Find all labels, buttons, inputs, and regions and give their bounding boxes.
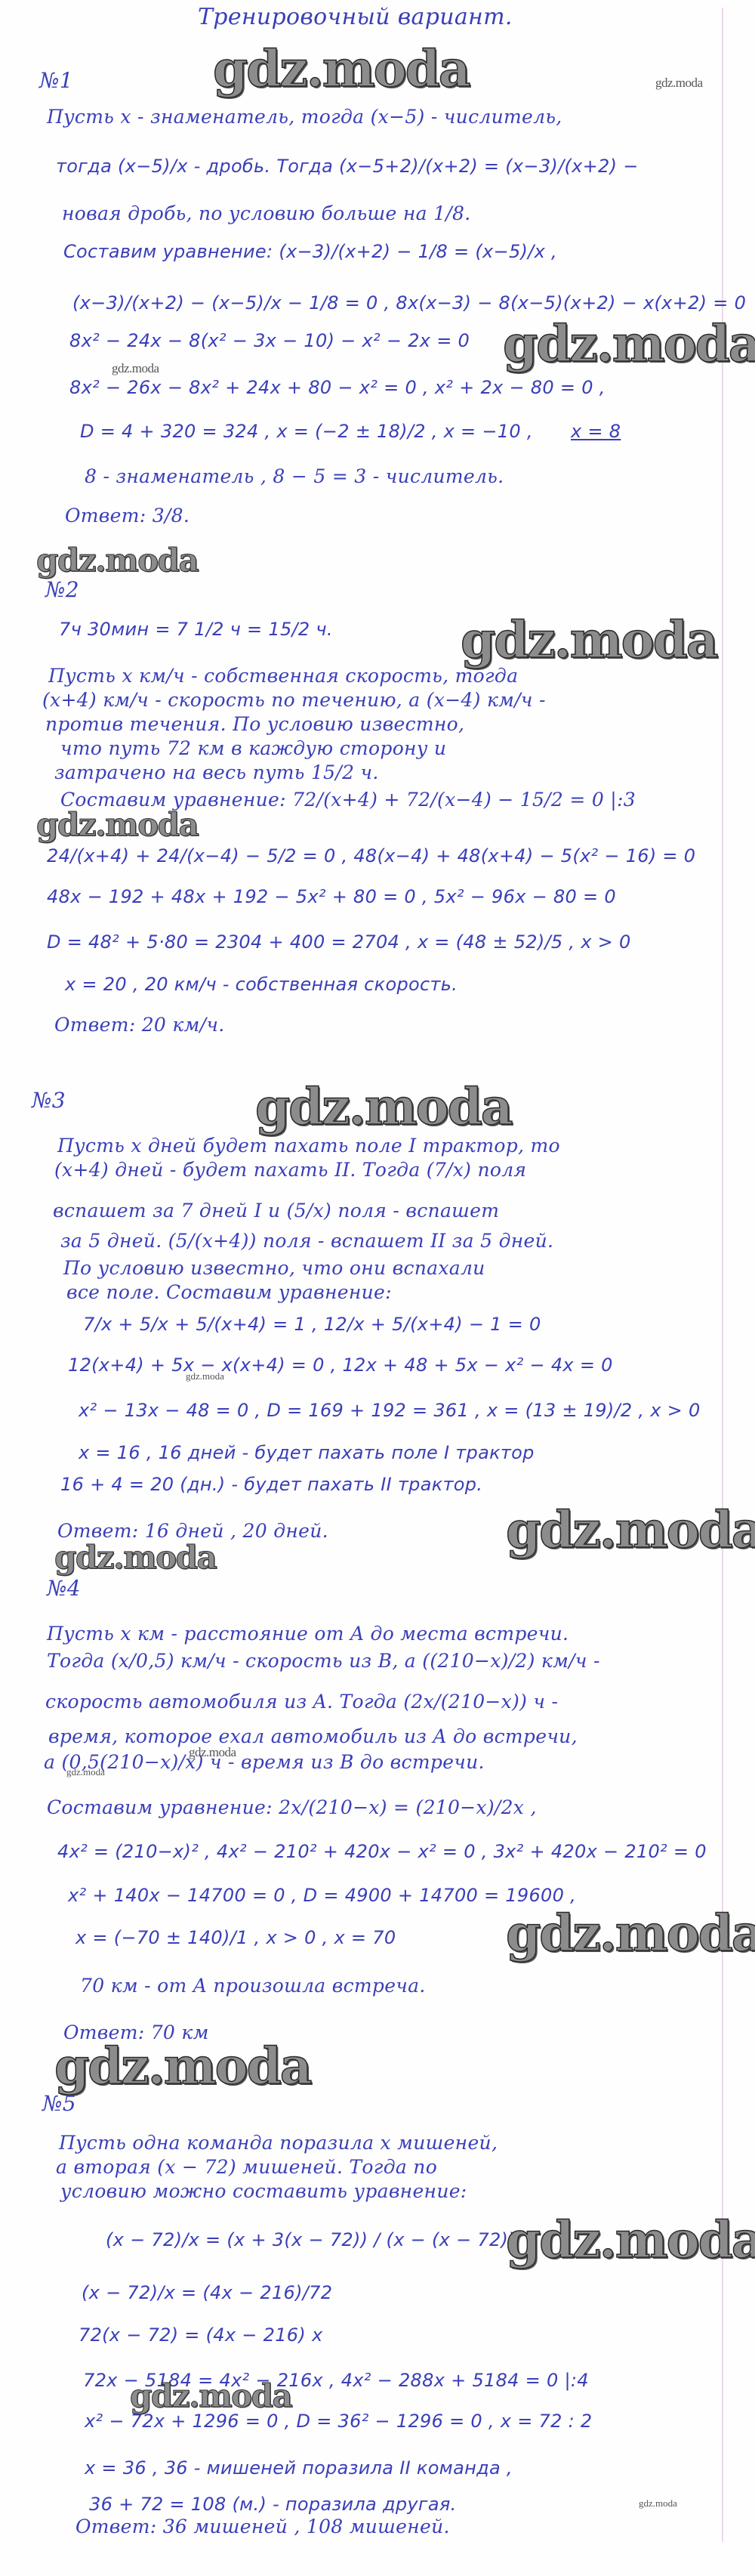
task-2-line: Пусть x км/ч - собственная скорость, тог… xyxy=(48,665,518,687)
task-2-line: затрачено на весь путь 15/2 ч. xyxy=(54,761,379,784)
task-3-line: за 5 дней. (5/(x+4)) поля - вспашет II з… xyxy=(60,1230,553,1252)
task-1-line: тогда (x−5)/x - дробь. Тогда (x−5+2)/(x+… xyxy=(56,155,639,178)
watermark: gdz.moda xyxy=(213,42,470,95)
task-3-line: Пусть x дней будет пахать поле I трактор… xyxy=(57,1135,560,1157)
watermark: gdz.moda xyxy=(506,2213,755,2266)
margin-line xyxy=(722,8,723,2542)
task-4-line: время, которое ехал автомобиль из A до в… xyxy=(48,1725,578,1748)
task-2-line: D = 48² + 5·80 = 2304 + 400 = 2704 , x =… xyxy=(47,931,631,953)
task-4-line: Пусть x км - расстояние от A до места вс… xyxy=(47,1623,569,1645)
task-3-line: 7/x + 5/x + 5/(x+4) = 1 , 12/x + 5/(x+4)… xyxy=(83,1313,541,1336)
task-2-line: что путь 72 км в каждую сторону и xyxy=(60,737,446,760)
task-2-line: (x+4) км/ч - скорость по течению, а (x−4… xyxy=(42,689,546,712)
task-5-line: 36 + 72 = 108 (м.) - поразила другая. xyxy=(89,2493,457,2516)
task-4-number: №4 xyxy=(47,1577,81,1600)
task-5-line: (x − 72)/x = (x + 3(x − 72)) / (x − (x −… xyxy=(106,2229,516,2251)
watermark: gdz.moda xyxy=(506,1907,755,1960)
notebook-page: Тренировочный вариант. gdz.moda gdz.moda… xyxy=(0,0,755,2576)
task-1-line: новая дробь, по условию больше на 1/8. xyxy=(62,202,470,225)
task-1-line: Составим уравнение: (x−3)/(x+2) − 1/8 = … xyxy=(63,240,557,263)
task-5-line: x = 36 , 36 - мишеней поразила II команд… xyxy=(85,2457,513,2479)
task-3-line: По условию известно, что они вспахали xyxy=(63,1257,485,1280)
watermark-tiny: gdz.moda xyxy=(186,1370,224,1382)
watermark: gdz.moda xyxy=(506,1503,755,1556)
task-4-line: Тогда (x/0,5) км/ч - скорость из B, а ((… xyxy=(47,1650,600,1673)
task-4-line: а (0,5(210−x)/x) ч - время из B до встре… xyxy=(44,1751,485,1774)
task-5-answer: Ответ: 36 мишеней , 108 мишеней. xyxy=(75,2516,450,2538)
task-2-line: 24/(x+4) + 24/(x−4) − 5/2 = 0 , 48(x−4) … xyxy=(47,845,695,867)
page-title: Тренировочный вариант. xyxy=(198,6,513,29)
task-3-line: x = 16 , 16 дней - будет пахать поле I т… xyxy=(79,1441,535,1464)
task-1-line: 8x² − 24x − 8(x² − 3x − 10) − x² − 2x = … xyxy=(69,329,470,352)
task-1-number: №1 xyxy=(39,69,73,92)
task-4-line: 70 км - от A произошла встреча. xyxy=(80,1975,426,1997)
task-4-line: Составим уравнение: 2x/(210−x) = (210−x)… xyxy=(47,1796,537,1819)
watermark: gdz.moda xyxy=(54,1541,216,1574)
watermark-small: gdz.moda xyxy=(655,76,703,91)
task-4-line: 4x² = (210−x)² , 4x² − 210² + 420x − x² … xyxy=(57,1840,707,1863)
task-2-line: x = 20 , 20 км/ч - собственная скорость. xyxy=(65,973,458,996)
task-3-number: №3 xyxy=(32,1089,66,1112)
task-1-root: x = 8 xyxy=(571,420,621,443)
task-5-line: x² − 72x + 1296 = 0 , D = 36² − 1296 = 0… xyxy=(85,2410,593,2432)
task-2-line: 7ч 30мин = 7 1/2 ч = 15/2 ч. xyxy=(59,618,333,641)
watermark: gdz.moda xyxy=(255,1080,512,1133)
task-3-line: 16 + 4 = 20 (дн.) - будет пахать II трак… xyxy=(60,1473,482,1496)
task-4-line: x = (−70 ± 140)/1 , x > 0 , x = 70 xyxy=(75,1926,396,1949)
task-5-line: Пусть одна команда поразила x мишеней, xyxy=(59,2132,498,2154)
task-3-line: x² − 13x − 48 = 0 , D = 169 + 192 = 361 … xyxy=(79,1399,701,1422)
watermark: gdz.moda xyxy=(130,2380,291,2413)
task-1-line: (x−3)/(x+2) − (x−5)/x − 1/8 = 0 , 8x(x−3… xyxy=(72,292,746,314)
task-2-number: №2 xyxy=(45,579,79,601)
task-2-line: 48x − 192 + 48x + 192 − 5x² + 80 = 0 , 5… xyxy=(47,885,616,908)
task-1-answer: Ответ: 3/8. xyxy=(65,505,190,527)
task-5-line: (x − 72)/x = (4x − 216)/72 xyxy=(82,2281,332,2304)
task-1-line: Пусть x - знаменатель, тогда (x−5) - чис… xyxy=(47,106,562,128)
task-1-line: 8 - знаменатель , 8 − 5 = 3 - числитель. xyxy=(85,465,504,488)
task-3-line: вспашет за 7 дней I и (5/x) поля - вспаш… xyxy=(53,1200,499,1222)
task-5-line: 72(x − 72) = (4x − 216) x xyxy=(79,2324,322,2346)
watermark-tiny: gdz.moda xyxy=(66,1766,105,1778)
task-3-line: (x+4) дней - будет пахать II. Тогда (7/x… xyxy=(54,1159,526,1181)
task-2-line: против течения. По условию известно, xyxy=(45,713,464,736)
task-3-line: все поле. Составим уравнение: xyxy=(66,1281,392,1304)
watermark: gdz.moda xyxy=(36,544,198,577)
task-1-line: 8x² − 26x − 8x² + 24x + 80 − x² = 0 , x²… xyxy=(69,376,606,399)
task-5-line: а вторая (x − 72) мишеней. Тогда по xyxy=(56,2156,437,2179)
watermark-small: gdz.moda xyxy=(189,1745,236,1760)
watermark: gdz.moda xyxy=(54,2040,311,2093)
watermark: gdz.moda xyxy=(36,808,198,842)
task-2-answer: Ответ: 20 км/ч. xyxy=(54,1014,224,1036)
watermark: gdz.moda xyxy=(503,317,755,370)
watermark-small: gdz.moda xyxy=(112,361,159,376)
task-5-line: условию можно составить уравнение: xyxy=(60,2180,467,2203)
task-5-number: №5 xyxy=(42,2093,76,2115)
task-1-line: D = 4 + 320 = 324 , x = (−2 ± 18)/2 , x … xyxy=(80,420,533,443)
watermark: gdz.moda xyxy=(461,613,717,666)
task-3-line: 12(x+4) + 5x − x(x+4) = 0 , 12x + 48 + 5… xyxy=(68,1354,613,1376)
task-4-line: скорость автомобиля из A. Тогда (2x/(210… xyxy=(45,1691,558,1713)
task-4-line: x² + 140x − 14700 = 0 , D = 4900 + 14700… xyxy=(68,1884,576,1907)
watermark-tiny: gdz.moda xyxy=(639,2497,677,2510)
